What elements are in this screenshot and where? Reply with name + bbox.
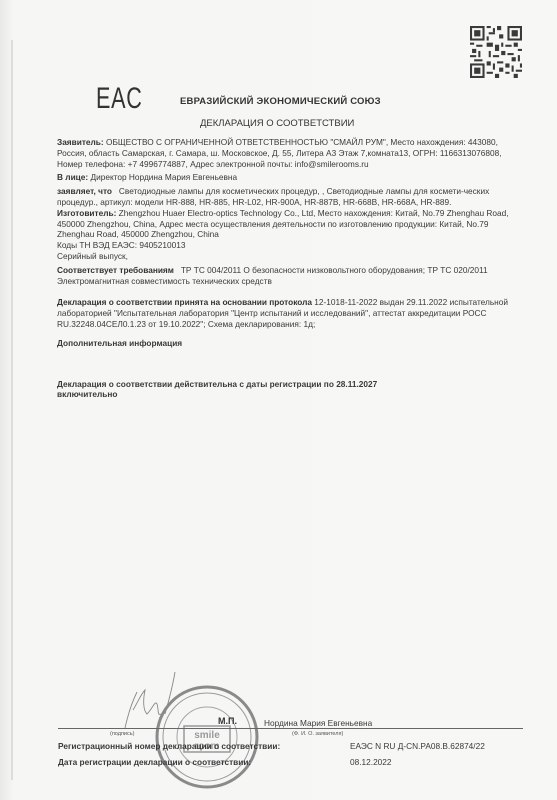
- applicant-label: Заявитель:: [57, 137, 104, 147]
- document-page: EAC ЕВРАЗИЙСКИЙ ЭКОНОМИЧЕСКИЙ СОЮЗ ДЕКЛА…: [0, 0, 557, 800]
- scan-edge: [11, 40, 13, 780]
- validity-line-1: Декларация о соответствии действительна …: [57, 379, 527, 390]
- applicant-section: Заявитель: ОБЩЕСТВО С ОГРАНИЧЕННОЙ ОТВЕТ…: [57, 137, 527, 169]
- signature-caption: (подпись): [110, 731, 134, 737]
- declares-label: заявляет, что: [57, 186, 112, 196]
- registration-number-value: ЕАЭС N RU Д-CN.PA08.B.62874/22: [350, 741, 485, 751]
- fio-caption: (Ф. И. О. заявителя): [292, 731, 343, 737]
- svg-text:smile: smile: [194, 730, 220, 741]
- hs-codes: Коды ТН ВЭД ЕАЭС: 9405210013: [57, 240, 527, 251]
- release-type: Серийный выпуск,: [57, 251, 527, 262]
- registration-number-label: Регистрационный номер декларации о соотв…: [58, 741, 280, 751]
- manufacturer-section: Изготовитель: Zhengzhou Huaer Electro-op…: [57, 208, 527, 240]
- registration-date-label: Дата регистрации декларации о соответств…: [58, 757, 251, 767]
- declares-section: заявляет, что Светодиодные лампы для кос…: [57, 186, 527, 208]
- declaration-body: Заявитель: ОБЩЕСТВО С ОГРАНИЧЕННОЙ ОТВЕТ…: [57, 137, 527, 400]
- represented-section: В лице: Директор Нордина Мария Евгеньевн…: [57, 172, 527, 183]
- basis-section: Декларация о соответствии принята на осн…: [57, 297, 527, 329]
- registration-date-value: 08.12.2022: [350, 757, 392, 767]
- stamp-place-label: М.П.: [218, 716, 237, 726]
- requirements-label: Соответствует требованиям: [57, 265, 174, 275]
- document-title: ДЕКЛАРАЦИЯ О СООТВЕТСТВИИ: [200, 118, 354, 129]
- represented-text: Директор Нордина Мария Евгеньевна: [90, 172, 237, 182]
- eac-logo: EAC: [96, 84, 143, 114]
- manufacturer-text: Zhengzhou Huaer Electro-optics Technolog…: [57, 208, 509, 240]
- validity-line-2: включительно: [57, 389, 527, 400]
- additional-info-label: Дополнительная информация: [57, 338, 527, 349]
- applicant-text: ОБЩЕСТВО С ОГРАНИЧЕННОЙ ОТВЕТСТВЕННОСТЬЮ…: [57, 137, 502, 169]
- requirements-section: Соответствует требованиям ТР ТС 004/2011…: [57, 265, 527, 287]
- basis-label: Декларация о соответствии принята на осн…: [57, 297, 312, 307]
- union-title: ЕВРАЗИЙСКИЙ ЭКОНОМИЧЕСКИЙ СОЮЗ: [180, 96, 381, 107]
- manufacturer-label: Изготовитель:: [57, 208, 116, 218]
- signer-name: Нордина Мария Евгеньевна: [264, 718, 372, 728]
- qr-code-icon: [470, 26, 522, 78]
- company-stamp-icon: smile room: [152, 682, 262, 792]
- represented-label: В лице:: [57, 172, 88, 182]
- declares-text: Светодиодные лампы для косметических про…: [57, 186, 489, 207]
- signature-line: [58, 728, 523, 729]
